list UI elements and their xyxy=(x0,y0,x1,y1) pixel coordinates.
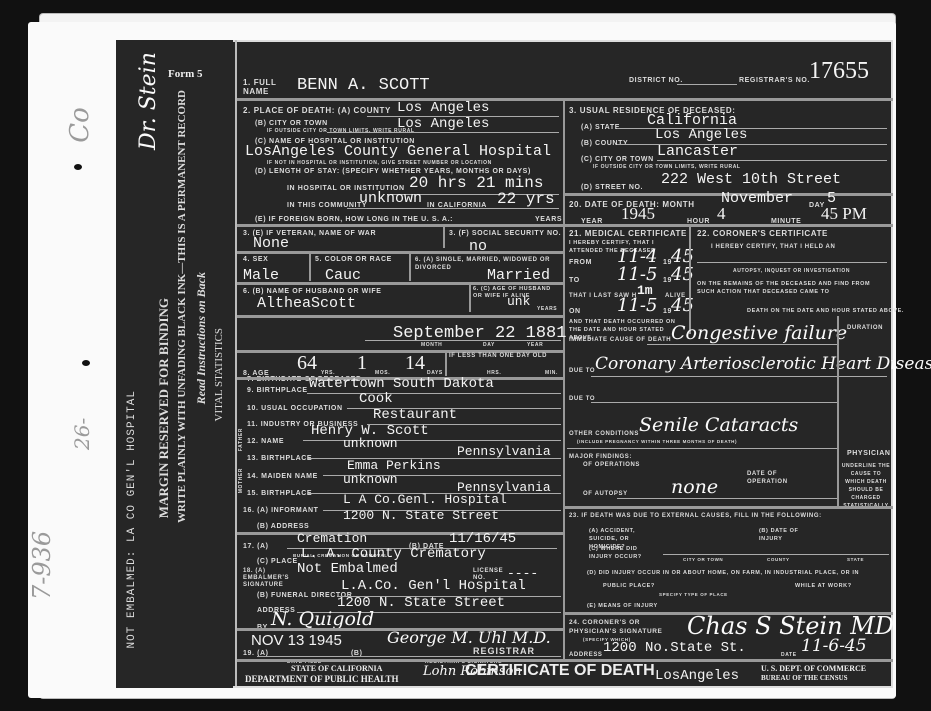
physician-note: Underline the cause to which death shoul… xyxy=(841,462,891,510)
residence-county: Los Angeles xyxy=(655,127,747,143)
pencil-note-number: 26- xyxy=(70,418,94,450)
divider xyxy=(445,350,447,376)
father-name-label: 12. Name xyxy=(247,438,284,445)
informant-address: 1200 N. State Street xyxy=(343,508,499,523)
county-hint: County xyxy=(767,557,790,562)
district-label: District No. xyxy=(629,77,683,84)
immediate-cause: Congestive failure xyxy=(671,322,847,344)
ink-notice: WRITE PLAINLY WITH UNFADING BLACK INK—TH… xyxy=(176,90,188,523)
duration-column xyxy=(837,316,839,506)
binding-margin: Form 5 Dr. Stein NOT EMBALMED: LA CO GEN… xyxy=(116,40,233,688)
spouse-age-unit: Years xyxy=(537,306,557,312)
line xyxy=(257,656,561,657)
mother-side-label: Mother xyxy=(238,468,244,493)
spouse-value: AltheaScott xyxy=(257,295,356,312)
spouse-label: 6. (b) Name of Husband or Wife xyxy=(243,288,382,295)
operation-date-label: Date of operation xyxy=(747,470,797,486)
line xyxy=(591,376,887,377)
informant-value: L A Co.Genl. Hospital xyxy=(343,492,507,507)
other-conditions-hint: (Include pregnancy within three months o… xyxy=(577,439,737,444)
residence-city: Lancaster xyxy=(657,143,738,160)
specify-place-hint: Specify type of place xyxy=(659,592,728,597)
residence-street: 222 West 10th Street xyxy=(661,171,841,188)
death-city-label: (b) City or town xyxy=(255,120,328,127)
by-signature: N. Quigold xyxy=(271,608,374,630)
other-conditions: Senile Cataracts xyxy=(639,414,798,436)
residence-state-label: (a) State xyxy=(581,124,620,131)
divider xyxy=(563,506,893,509)
instructions-note: Read Instructions on Back xyxy=(194,272,209,404)
public-place-label: public place? xyxy=(603,583,655,589)
means-label: (e) Means of injury xyxy=(587,603,658,609)
death-minute: 45 PM xyxy=(821,204,867,224)
line xyxy=(307,393,561,394)
birthplace-label: 9. Birthplace xyxy=(247,387,308,394)
to-label: To xyxy=(569,277,580,284)
certificate-title: CERTIFICATE OF DEATH xyxy=(465,662,655,680)
death-month: November xyxy=(721,190,793,207)
father-birthplace-state: Pennsylvania xyxy=(457,444,551,459)
burial-label: 17. (a) xyxy=(243,543,269,550)
embalmer-value: Not Embalmed xyxy=(297,561,398,577)
registrar-number: 17655 xyxy=(809,58,869,85)
death-county: Los Angeles xyxy=(397,100,489,116)
institution-value: LosAngeles County General Hospital xyxy=(245,143,551,160)
line xyxy=(663,554,889,555)
coroner-title: 22. Coroner's Certificate xyxy=(697,229,828,238)
residence-street-label: (d) Street No. xyxy=(581,184,643,191)
line xyxy=(347,208,559,209)
industry-value: Restaurant xyxy=(373,407,457,423)
full-name-label: 1. Full Name xyxy=(243,78,283,96)
footer-city: LosAngeles xyxy=(655,668,739,684)
coroner-certify: I hereby certify, that I held an xyxy=(711,244,835,250)
other-conditions-label: Other conditions xyxy=(569,431,639,437)
death-city-hint: If outside city or town limits, write ru… xyxy=(267,128,415,134)
from-label: From xyxy=(569,259,592,266)
divider xyxy=(237,224,563,227)
full-name-value: BENN A. SCOTT xyxy=(297,76,430,95)
burial-place-label: (c) Place xyxy=(257,558,298,565)
birthdate-month: Month xyxy=(421,342,442,348)
at-work-label: While at work? xyxy=(795,583,852,589)
residence-city-hint: If outside city or town limits, write ru… xyxy=(593,164,741,170)
divider xyxy=(237,98,893,101)
divider xyxy=(309,251,311,281)
min-unit: Min. xyxy=(545,370,558,376)
coroner-autopsy-hint: Autopsy, inquest or investigation xyxy=(733,268,850,274)
line xyxy=(617,498,837,499)
mother-name-label: 14. Maiden Name xyxy=(247,473,318,480)
mother-birthplace-city: unknown xyxy=(343,472,398,487)
divider xyxy=(469,282,471,312)
informant-label: 16. (a) Informant xyxy=(243,507,319,514)
injury-date-label: (b) Date of injury xyxy=(759,527,809,543)
sig-address: 1200 No.State St. xyxy=(603,640,746,656)
footer-us-dept: U. S. DEPT. OF COMMERCE xyxy=(761,664,866,673)
divider xyxy=(409,251,411,281)
divider xyxy=(689,224,691,334)
community-value: unknown xyxy=(359,190,422,207)
coroner-remains: on the remains of the deceased and find … xyxy=(697,280,887,296)
line xyxy=(697,262,887,263)
divider xyxy=(563,224,893,227)
footer-department: DEPARTMENT OF PUBLIC HEALTH xyxy=(245,674,398,684)
birthdate-year: Year xyxy=(527,342,543,348)
footer-bureau: BUREAU OF THE CENSUS xyxy=(761,674,848,682)
binding-notice: MARGIN RESERVED FOR BINDING xyxy=(156,298,172,518)
did-injury-label: (d) Did injury occur in or about home, o… xyxy=(587,570,859,576)
burial-place: L. A. County Crematory xyxy=(301,546,486,562)
stamp-signature: Dr. Stein xyxy=(136,52,161,150)
pencil-note-file-no: 7-936 xyxy=(28,531,56,600)
physician-label: Physician xyxy=(847,450,891,457)
father-birthplace-label: 13. Birthplace xyxy=(247,455,312,462)
pencil-note-co: Co xyxy=(65,107,95,143)
coroner-death-on: death on the date and hour stated above. xyxy=(747,308,904,314)
due-to-label-1: Due to xyxy=(569,368,595,374)
occupation-label: 10. Usual Occupation xyxy=(247,405,343,412)
on-date: 11-5 xyxy=(617,295,657,316)
race-label: 5. Color or Race xyxy=(315,256,392,263)
less-than-day-label: If less than one day old xyxy=(449,353,547,359)
birthplace-value: Watertown South Dakota xyxy=(309,376,494,392)
death-city: Los Angeles xyxy=(397,116,489,132)
certificate-body: 1. Full Name BENN A. SCOTT District No. … xyxy=(235,40,891,686)
institution-hint: If not in hospital or institution, give … xyxy=(267,160,492,166)
birthdate-day: Day xyxy=(483,342,495,348)
informant-address-label: (b) Address xyxy=(257,523,309,530)
father-birthplace-city: unknown xyxy=(343,436,398,451)
vital-statistics-label: VITAL STATISTICS xyxy=(213,328,225,421)
state-hint: State xyxy=(847,557,864,562)
funeral-director: L.A.Co. Gen'l Hospital xyxy=(341,578,526,594)
due-to-cause-1: Coronary Arteriosclerotic Heart Disease xyxy=(595,354,931,374)
burial-date: 11/16/45 xyxy=(449,531,516,547)
sig-address-label: Address xyxy=(569,652,603,658)
sig-date-label: Date xyxy=(781,652,797,658)
autopsy-value: none xyxy=(671,476,718,498)
duration-label: Duration xyxy=(847,325,883,331)
line xyxy=(327,132,559,133)
place-of-death-label: 2. Place of Death: (a) County xyxy=(243,106,391,115)
embalmer-label: 18. (a) Embalmer's Signature xyxy=(243,568,303,589)
death-year: 1945 xyxy=(621,204,655,224)
external-title: 23. If death was due to external causes,… xyxy=(569,513,822,519)
ink-dot xyxy=(74,164,82,170)
divider xyxy=(237,251,563,254)
registrar-signature: George M. Uhl M.D. xyxy=(387,628,551,647)
burial-value: Cremation xyxy=(297,531,367,546)
operations-label: Of operations xyxy=(583,462,640,468)
mother-name: Emma Perkins xyxy=(347,458,441,473)
to-date: 11-5 xyxy=(617,264,657,285)
line xyxy=(657,160,887,161)
line xyxy=(567,448,837,449)
line xyxy=(591,402,837,403)
line xyxy=(365,340,561,341)
line xyxy=(303,440,561,441)
on-label: On xyxy=(569,308,581,315)
mother-birthplace-label: 15. Birthplace xyxy=(247,490,312,497)
divider xyxy=(563,506,565,660)
sex-label: 4. Sex xyxy=(243,256,268,263)
foreign-born-label: (e) If foreign born, how long in the U. … xyxy=(255,216,453,223)
residence-city-label: (c) City or town xyxy=(581,156,654,163)
where-injury-label: (c) Where did injury occur? xyxy=(589,545,659,561)
age-months: 1 xyxy=(357,352,367,375)
city-town-hint: City or town xyxy=(683,557,723,562)
age-days: 14 xyxy=(405,352,425,375)
line xyxy=(647,344,837,345)
registrar-no-label: Registrar's No. xyxy=(739,77,810,84)
age-label: 8. Age xyxy=(243,370,269,377)
divider xyxy=(443,224,445,248)
california-value: 22 yrs xyxy=(497,190,555,208)
autopsy-label: Of autopsy xyxy=(583,491,628,497)
veteran-value: None xyxy=(253,235,289,252)
medical-title: 21. Medical Certificate xyxy=(569,229,687,238)
ssn-label: 3. (f) Social Security No. xyxy=(449,230,561,237)
registrar-title: REGISTRAR xyxy=(473,646,535,656)
filed-stamp: NOV 13 1945 xyxy=(251,632,342,649)
ink-dot xyxy=(82,360,90,366)
father-side-label: Father xyxy=(238,428,244,451)
not-embalmed-stamp: NOT EMBALMED: LA CO GEN'L HOSPITAL xyxy=(126,390,138,648)
district-line xyxy=(677,84,737,85)
findings-label: Major findings: xyxy=(569,454,632,460)
age-years: 64 xyxy=(297,352,317,375)
years-label: Years xyxy=(535,216,562,223)
footer-state: STATE OF CALIFORNIA xyxy=(291,664,382,673)
divider xyxy=(237,315,563,318)
form-number: Form 5 xyxy=(168,68,203,80)
signature-label: 24. Coroner's or Physician's Signature xyxy=(569,618,669,636)
divider xyxy=(237,282,563,285)
immediate-cause-label: Immediate cause of death xyxy=(569,337,671,343)
spouse-age-value: unk xyxy=(507,294,530,309)
occupation-value: Cook xyxy=(359,391,393,407)
sig-date: 11-6-45 xyxy=(801,636,867,656)
death-hour: 4 xyxy=(717,204,726,224)
